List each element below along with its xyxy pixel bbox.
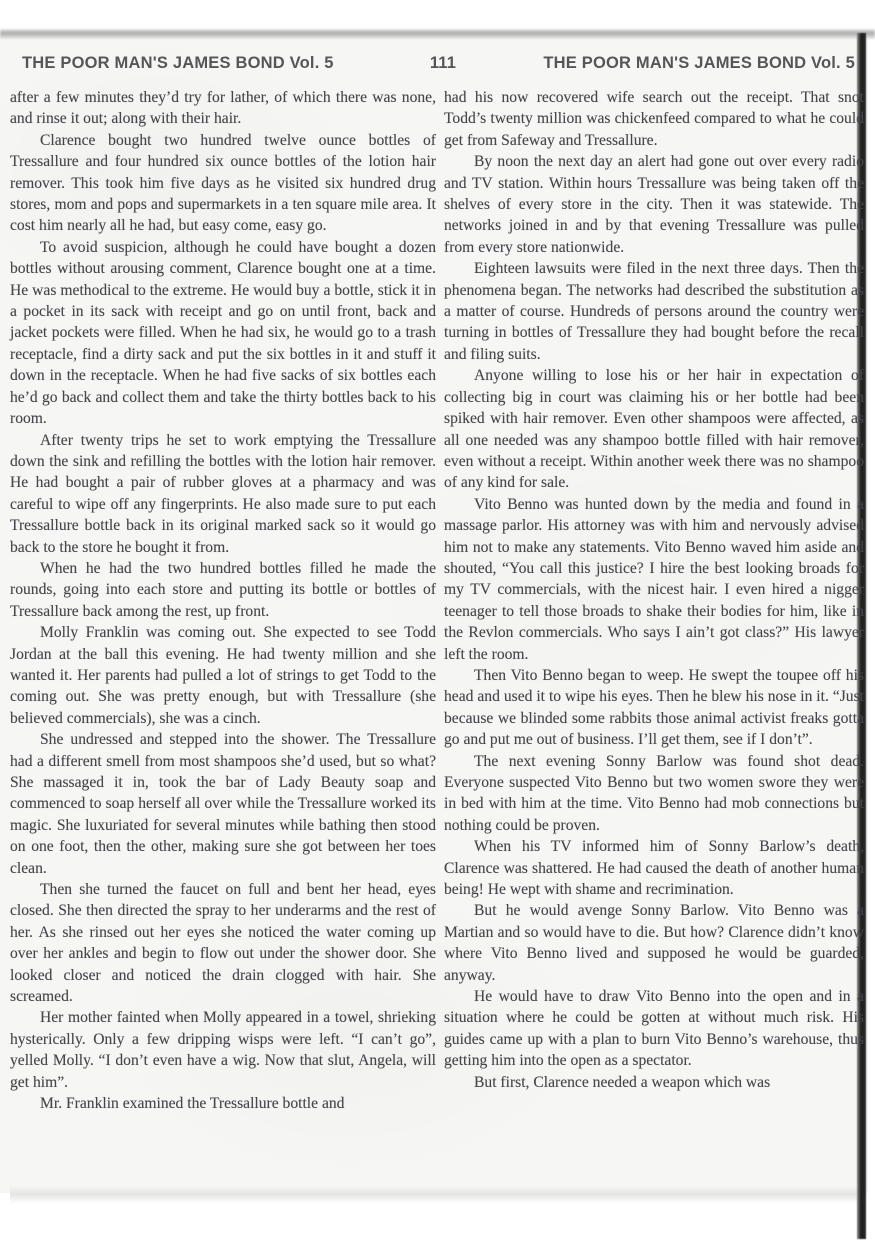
paragraph: When he had the two hundred bottles fill…: [10, 558, 436, 622]
paragraph: after a few minutes they’d try for lathe…: [10, 87, 436, 130]
scanned-book-page: THE POOR MAN'S JAMES BOND Vol. 5 111 THE…: [0, 0, 875, 1241]
paragraph: When his TV informed him of Sonny Barlow…: [444, 836, 864, 900]
paragraph: But he would avenge Sonny Barlow. Vito B…: [444, 900, 864, 986]
paragraph: had his now recovered wife search out th…: [444, 87, 864, 151]
paragraph: Mr. Franklin examined the Tressallure bo…: [10, 1093, 436, 1114]
running-header-left-title: THE POOR MAN'S JAMES BOND Vol. 5: [22, 54, 334, 73]
paragraph: Anyone willing to lose his or her hair i…: [444, 365, 864, 493]
paragraph: Clarence bought two hundred twelve ounce…: [10, 130, 436, 237]
paragraph: Her mother fainted when Molly appeared i…: [10, 1007, 436, 1093]
scan-bottom-edge-shadow: [10, 1186, 860, 1204]
paragraph: The next evening Sonny Barlow was found …: [444, 751, 864, 837]
paragraph: Then Vito Benno began to weep. He swept …: [444, 665, 864, 751]
running-header-right-title: THE POOR MAN'S JAMES BOND Vol. 5: [543, 54, 855, 73]
paragraph: Vito Benno was hunted down by the media …: [444, 494, 864, 665]
paragraph: But first, Clarence needed a weapon whic…: [444, 1072, 864, 1093]
paragraph: Then she turned the faucet on full and b…: [10, 879, 436, 1007]
paragraph: Eighteen lawsuits were filed in the next…: [444, 258, 864, 365]
paragraph: By noon the next day an alert had gone o…: [444, 151, 864, 258]
paragraph: Molly Franklin was coming out. She expec…: [10, 622, 436, 729]
paragraph: She undressed and stepped into the showe…: [10, 729, 436, 879]
paragraph: He would have to draw Vito Benno into th…: [444, 986, 864, 1072]
scan-top-edge-shadow: [0, 29, 875, 39]
right-text-column: had his now recovered wife search out th…: [444, 87, 864, 1093]
paragraph: To avoid suspicion, although he could ha…: [10, 237, 436, 430]
left-text-column: after a few minutes they’d try for lathe…: [10, 87, 436, 1115]
page-number: 111: [393, 54, 493, 73]
running-header: THE POOR MAN'S JAMES BOND Vol. 5 111 THE…: [0, 54, 875, 76]
paragraph: After twenty trips he set to work emptyi…: [10, 430, 436, 558]
